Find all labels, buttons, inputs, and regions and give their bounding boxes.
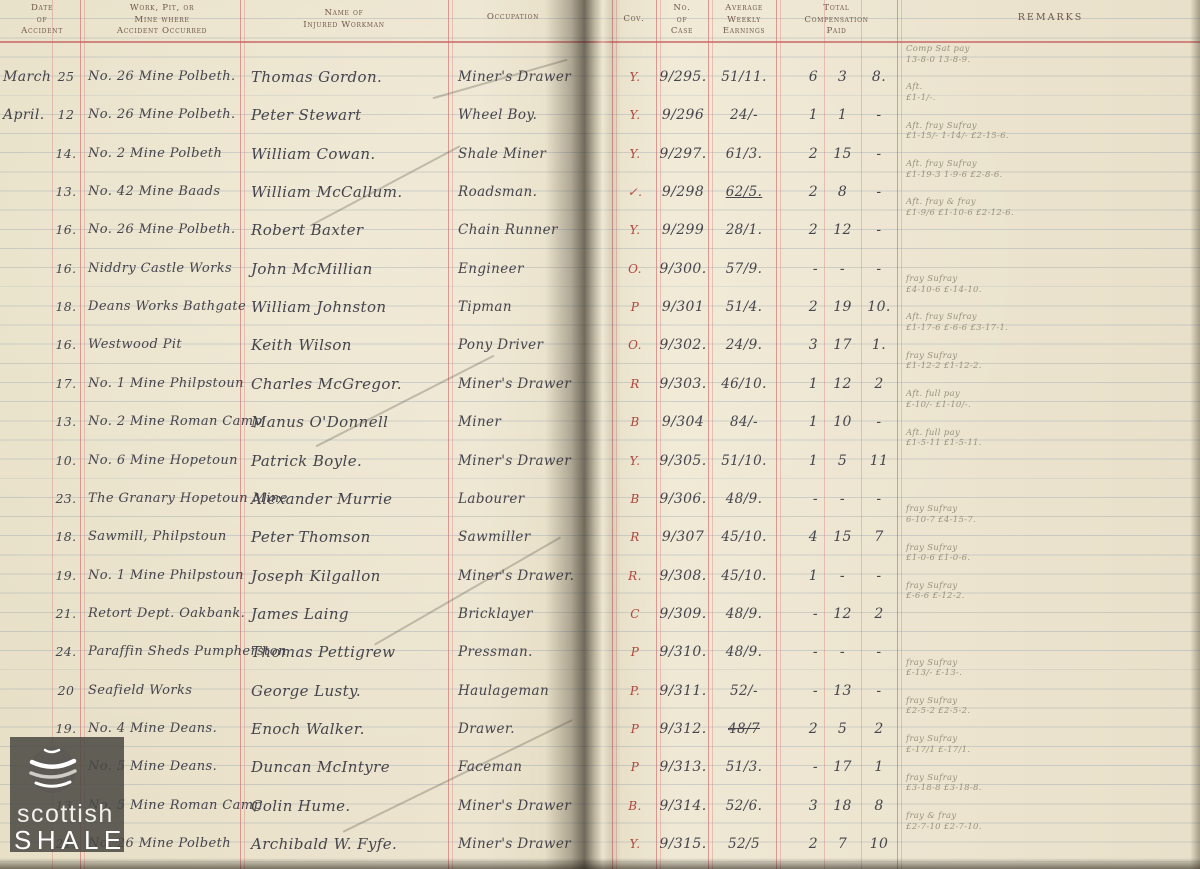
cell-month <box>3 365 49 403</box>
remark-line: fray Sufray <box>906 773 1176 784</box>
cell-compensation-shillings: - <box>824 633 861 671</box>
cell-cov: R. <box>614 557 656 595</box>
remark-line: £2-7-10 £2-7-10. <box>906 822 1176 833</box>
ledger-row: 16.No. 26 Mine Polbeth.Robert BaxterChai… <box>0 211 1200 249</box>
cell-compensation-pounds: 1 <box>780 365 818 403</box>
cell-day: 12 <box>49 96 83 134</box>
col-header-compensation: Total Compensation Paid <box>776 3 897 38</box>
cell-occupation: Engineer <box>458 250 524 288</box>
cell-compensation-shillings: - <box>824 557 861 595</box>
cell-earnings: 51/3. <box>712 748 776 786</box>
cell-workman-name: Patrick Boyle. <box>251 442 362 480</box>
cell-mine: Niddry Castle Works <box>88 250 232 288</box>
cell-compensation-pence: 11 <box>861 442 897 480</box>
cell-workman-name: Joseph Kilgallon <box>251 557 381 595</box>
cell-mine: Retort Dept. Oakbank. <box>88 595 245 633</box>
cell-compensation-pounds: 3 <box>780 787 818 825</box>
cell-compensation-shillings: - <box>824 250 861 288</box>
cell-case-number: 9/305. <box>658 442 708 480</box>
cell-workman-name: John McMillian <box>251 250 373 288</box>
cell-day: 16. <box>49 326 83 364</box>
cell-compensation-pence: 2 <box>861 710 897 748</box>
cell-remark: fray Sufray£4-10-6 £-14-10. <box>906 274 1176 295</box>
cell-earnings: 48/7 <box>712 710 776 748</box>
cell-case-number: 9/312. <box>658 710 708 748</box>
cell-compensation-pounds: 1 <box>780 557 818 595</box>
cell-occupation: Miner's Drawer <box>458 365 571 403</box>
cell-month: April. <box>3 96 49 134</box>
cell-case-number: 9/302. <box>658 326 708 364</box>
cell-compensation-shillings: 7 <box>824 825 861 863</box>
cell-workman-name: Alexander Murrie <box>251 480 392 518</box>
cell-case-number: 9/298 <box>658 173 708 211</box>
cell-compensation-pence: 1. <box>861 326 897 364</box>
cell-workman-name: Peter Thomson <box>251 518 371 556</box>
cell-month <box>3 557 49 595</box>
col-header-occupation: Occupation <box>448 12 578 24</box>
cell-remark: Aft. full pay£1-5-11 £1-5-11. <box>906 428 1176 449</box>
cell-mine: No. 26 Mine Polbeth. <box>88 211 236 249</box>
cell-remark: Aft. fray & fray£1-9/6 £1-10-6 £2-12-6. <box>906 197 1176 218</box>
rule-header-horizontal <box>0 41 1200 43</box>
cell-compensation-pounds: 6 <box>780 58 818 96</box>
cell-workman-name: Colin Hume. <box>251 787 351 825</box>
cell-occupation: Pony Driver <box>458 326 543 364</box>
cell-workman-name: George Lusty. <box>251 672 361 710</box>
cell-earnings: 51/11. <box>712 58 776 96</box>
cell-remark: fray Sufray£-17/1 £-17/1. <box>906 734 1176 755</box>
remark-line: £-10/- £1-10/-. <box>906 400 1176 411</box>
cell-day: 25 <box>49 58 83 96</box>
remark-line: Comp Sat pay <box>906 44 1176 55</box>
remark-line: fray Sufray <box>906 696 1176 707</box>
cell-workman-name: Robert Baxter <box>251 211 363 249</box>
remark-line: £1-12-2 £1-12-2. <box>906 361 1176 372</box>
cell-compensation-shillings: 10 <box>824 403 861 441</box>
remark-line: £1-9/6 £1-10-6 £2-12-6. <box>906 208 1176 219</box>
cell-earnings: 52/5 <box>712 825 776 863</box>
cell-occupation: Labourer <box>458 480 525 518</box>
cell-cov: O. <box>614 326 656 364</box>
cell-compensation-shillings: 18 <box>824 787 861 825</box>
cell-compensation-pence: 8 <box>861 787 897 825</box>
cell-cov: ✓. <box>614 173 656 211</box>
cell-compensation-pence: 7 <box>861 518 897 556</box>
remark-line: Aft. fray Sufray <box>906 159 1176 170</box>
remark-line: 6-10-7 £4-15-7. <box>906 515 1176 526</box>
cell-month: March <box>3 58 49 96</box>
cell-cov: P <box>614 633 656 671</box>
cell-mine: No. 6 Mine Hopetoun <box>88 442 238 480</box>
remark-line: fray Sufray <box>906 734 1176 745</box>
cell-cov: Y. <box>614 825 656 863</box>
cell-compensation-pounds: 2 <box>780 211 818 249</box>
cell-workman-name: Thomas Gordon. <box>251 58 382 96</box>
cell-case-number: 9/309. <box>658 595 708 633</box>
cell-day: 16. <box>49 250 83 288</box>
remark-line: fray Sufray <box>906 351 1176 362</box>
remark-line: £1-1/-. <box>906 93 1176 104</box>
cell-occupation: Shale Miner <box>458 135 546 173</box>
cell-compensation-pounds: - <box>780 748 818 786</box>
cell-day: 19. <box>49 557 83 595</box>
cell-occupation: Sawmiller <box>458 518 531 556</box>
cell-compensation-pence: 8. <box>861 58 897 96</box>
cell-workman-name: James Laing <box>251 595 349 633</box>
cell-cov: B. <box>614 787 656 825</box>
cell-compensation-pence: - <box>861 403 897 441</box>
cell-earnings: 62/5. <box>712 173 776 211</box>
cell-earnings: 48/9. <box>712 633 776 671</box>
cell-day: 23. <box>49 480 83 518</box>
cell-case-number: 9/307 <box>658 518 708 556</box>
cell-compensation-pounds: 1 <box>780 96 818 134</box>
cell-occupation: Tipman <box>458 288 512 326</box>
cell-mine: No. 1 Mine Philpstoun <box>88 557 244 595</box>
remark-line: £-13/- £-13-. <box>906 668 1176 679</box>
cell-earnings: 46/10. <box>712 365 776 403</box>
cell-earnings: 52/- <box>712 672 776 710</box>
remark-line: £1-17-6 £-6-6 £3-17-1. <box>906 323 1176 334</box>
cell-case-number: 9/303. <box>658 365 708 403</box>
cell-remark: Aft. fray Sufray£1-17-6 £-6-6 £3-17-1. <box>906 312 1176 333</box>
scottish-shale-watermark: scottish SHALE <box>10 737 124 852</box>
cell-remark: Aft. fray Sufray£1-15/- 1-14/- £2-15-6. <box>906 121 1176 142</box>
cell-mine: Westwood Pit <box>88 326 182 364</box>
ledger-row: 21.Retort Dept. Oakbank.James LaingBrick… <box>0 595 1200 633</box>
cell-occupation: Drawer. <box>458 710 515 748</box>
cell-compensation-shillings: 13 <box>824 672 861 710</box>
cell-month <box>3 173 49 211</box>
cell-compensation-shillings: - <box>824 480 861 518</box>
ledger-page-scan: Date of Accident Work, Pit, or Mine wher… <box>0 0 1200 869</box>
cell-cov: B <box>614 480 656 518</box>
cell-month <box>3 326 49 364</box>
cell-month <box>3 135 49 173</box>
cell-remark: Comp Sat pay13-8-0 13-8-9. <box>906 44 1176 65</box>
remark-line: fray Sufray <box>906 581 1176 592</box>
cell-month <box>3 595 49 633</box>
cell-case-number: 9/315. <box>658 825 708 863</box>
cell-cov: P <box>614 710 656 748</box>
cell-compensation-shillings: 17 <box>824 748 861 786</box>
cell-mine: Sawmill, Philpstoun <box>88 518 227 556</box>
cell-compensation-pounds: 1 <box>780 442 818 480</box>
cell-compensation-pence: 10. <box>861 288 897 326</box>
cell-case-number: 9/310. <box>658 633 708 671</box>
cell-occupation: Wheel Boy. <box>458 96 537 134</box>
cell-earnings: 61/3. <box>712 135 776 173</box>
cell-cov: Y. <box>614 442 656 480</box>
remark-line: Aft. fray Sufray <box>906 312 1176 323</box>
cell-cov: P <box>614 748 656 786</box>
cell-earnings: 48/9. <box>712 480 776 518</box>
globe-stripes-icon <box>28 745 78 795</box>
cell-case-number: 9/308. <box>658 557 708 595</box>
cell-compensation-pounds: 1 <box>780 403 818 441</box>
cell-compensation-pounds: - <box>780 633 818 671</box>
cell-case-number: 9/301 <box>658 288 708 326</box>
cell-cov: R <box>614 518 656 556</box>
cell-day: 24. <box>49 633 83 671</box>
cell-mine: No. 42 Mine Baads <box>88 173 220 211</box>
cell-compensation-shillings: 8 <box>824 173 861 211</box>
cell-compensation-shillings: 5 <box>824 442 861 480</box>
cell-case-number: 9/295. <box>658 58 708 96</box>
cell-day: 18. <box>49 288 83 326</box>
remark-line: £-6-6 £-12-2. <box>906 591 1176 602</box>
cell-workman-name: William Johnston <box>251 288 386 326</box>
cell-compensation-pence: - <box>861 557 897 595</box>
cell-earnings: 28/1. <box>712 211 776 249</box>
cell-cov: Y. <box>614 135 656 173</box>
cell-month <box>3 672 49 710</box>
cell-case-number: 9/299 <box>658 211 708 249</box>
cell-month <box>3 480 49 518</box>
cell-workman-name: Manus O'Donnell <box>251 403 388 441</box>
cell-compensation-pounds: - <box>780 595 818 633</box>
cell-compensation-pence: 2 <box>861 595 897 633</box>
remark-line: Aft. <box>906 82 1176 93</box>
col-header-name: Name of Injured Workman <box>240 8 448 31</box>
cell-earnings: 24/9. <box>712 326 776 364</box>
cell-compensation-shillings: 1 <box>824 96 861 134</box>
col-header-mine: Work, Pit, or Mine where Accident Occurr… <box>84 3 240 38</box>
cell-compensation-pence: 10 <box>861 825 897 863</box>
cell-compensation-shillings: 5 <box>824 710 861 748</box>
remark-line: fray & fray <box>906 811 1176 822</box>
cell-remark: fray Sufray£1-12-2 £1-12-2. <box>906 351 1176 372</box>
cell-remark: fray Sufray£-13/- £-13-. <box>906 658 1176 679</box>
cell-cov: P. <box>614 672 656 710</box>
cell-mine: No. 2 Mine Roman Camp <box>88 403 262 441</box>
ledger-row: 10.No. 6 Mine HopetounPatrick Boyle.Mine… <box>0 442 1200 480</box>
cell-earnings: 45/10. <box>712 557 776 595</box>
cell-workman-name: Charles McGregor. <box>251 365 402 403</box>
remark-line: £1-19-3 1-9-6 £2-8-6. <box>906 170 1176 181</box>
cell-compensation-pounds: - <box>780 250 818 288</box>
cell-earnings: 24/- <box>712 96 776 134</box>
cell-compensation-shillings: 3 <box>824 58 861 96</box>
col-header-case: No. of Case <box>656 3 708 38</box>
cell-cov: Y. <box>614 96 656 134</box>
cell-compensation-pence: - <box>861 633 897 671</box>
remark-line: £3-18-8 £3-18-8. <box>906 783 1176 794</box>
cell-cov: O. <box>614 250 656 288</box>
cell-remark: Aft. fray Sufray£1-19-3 1-9-6 £2-8-6. <box>906 159 1176 180</box>
cell-remark: fray & fray£2-7-10 £2-7-10. <box>906 811 1176 832</box>
cell-compensation-pence: - <box>861 96 897 134</box>
remark-line: Aft. full pay <box>906 389 1176 400</box>
cell-remark: Aft. full pay£-10/- £1-10/-. <box>906 389 1176 410</box>
cell-mine: No. 2 Mine Polbeth <box>88 135 222 173</box>
cell-compensation-pounds: - <box>780 480 818 518</box>
cell-compensation-pence: - <box>861 211 897 249</box>
cell-day: 21. <box>49 595 83 633</box>
cell-workman-name: Duncan McIntyre <box>251 748 390 786</box>
cell-workman-name: William Cowan. <box>251 135 376 173</box>
cell-cov: R <box>614 365 656 403</box>
cell-compensation-shillings: 12 <box>824 595 861 633</box>
cell-occupation: Chain Runner <box>458 211 558 249</box>
logo-text-shale: SHALE <box>14 825 127 856</box>
cell-case-number: 9/314. <box>658 787 708 825</box>
cell-compensation-pence: - <box>861 135 897 173</box>
cell-month <box>3 518 49 556</box>
cell-mine: No. 26 Mine Polbeth. <box>88 96 236 134</box>
cell-day: 13. <box>49 403 83 441</box>
cell-month <box>3 633 49 671</box>
cell-case-number: 9/313. <box>658 748 708 786</box>
cell-compensation-pounds: 2 <box>780 710 818 748</box>
cell-case-number: 9/297. <box>658 135 708 173</box>
remark-line: £1-5-11 £1-5-11. <box>906 438 1176 449</box>
cell-occupation: Miner <box>458 403 501 441</box>
cell-earnings: 51/10. <box>712 442 776 480</box>
cell-case-number: 9/300. <box>658 250 708 288</box>
cell-case-number: 9/311. <box>658 672 708 710</box>
cell-remark: fray Sufray6-10-7 £4-15-7. <box>906 504 1176 525</box>
cell-earnings: 52/6. <box>712 787 776 825</box>
cell-workman-name: William McCallum. <box>251 173 403 211</box>
cell-remark: fray Sufray£2-5-2 £2-5-2. <box>906 696 1176 717</box>
cell-month <box>3 403 49 441</box>
cell-compensation-pence: - <box>861 480 897 518</box>
cell-cov: P <box>614 288 656 326</box>
remark-line: Aft. full pay <box>906 428 1176 439</box>
cell-compensation-pounds: 4 <box>780 518 818 556</box>
cell-compensation-pence: - <box>861 672 897 710</box>
cell-month <box>3 250 49 288</box>
ledger-row: 21.No. 26 Mine PolbethArchibald W. Fyfe.… <box>0 825 1200 863</box>
cell-case-number: 9/296 <box>658 96 708 134</box>
cell-mine: No. 1 Mine Philpstoun <box>88 365 244 403</box>
cell-occupation: Miner's Drawer <box>458 787 571 825</box>
col-header-earnings: Average Weekly Earnings <box>712 3 776 38</box>
cell-remark: fray Sufray£-6-6 £-12-2. <box>906 581 1176 602</box>
remark-line: £-17/1 £-17/1. <box>906 745 1176 756</box>
cell-case-number: 9/304 <box>658 403 708 441</box>
cell-compensation-pounds: 2 <box>780 288 818 326</box>
cell-cov: Y. <box>614 58 656 96</box>
cell-mine: Seafield Works <box>88 672 192 710</box>
cell-earnings: 48/9. <box>712 595 776 633</box>
remark-line: 13-8-0 13-8-9. <box>906 55 1176 66</box>
cell-cov: C <box>614 595 656 633</box>
cell-earnings: 57/9. <box>712 250 776 288</box>
col-header-date: Date of Accident <box>0 3 84 38</box>
col-header-remarks: REMARKS <box>901 12 1200 25</box>
cell-occupation: Miner's Drawer <box>458 825 571 863</box>
cell-compensation-pence: 1 <box>861 748 897 786</box>
remark-line: fray Sufray <box>906 658 1176 669</box>
cell-day: 18. <box>49 518 83 556</box>
cell-compensation-pounds: 2 <box>780 825 818 863</box>
cell-remark: fray Sufray£1-0-6 £1-0-6. <box>906 543 1176 564</box>
cell-day: 17. <box>49 365 83 403</box>
cell-occupation: Faceman <box>458 748 522 786</box>
cell-compensation-shillings: 15 <box>824 135 861 173</box>
cell-compensation-shillings: 17 <box>824 326 861 364</box>
cell-compensation-pounds: 2 <box>780 135 818 173</box>
cell-compensation-shillings: 19 <box>824 288 861 326</box>
remark-line: Aft. fray Sufray <box>906 121 1176 132</box>
cell-mine: No. 26 Mine Polbeth. <box>88 58 236 96</box>
cell-case-number: 9/306. <box>658 480 708 518</box>
cell-earnings: 45/10. <box>712 518 776 556</box>
cell-mine: Deans Works Bathgate <box>88 288 246 326</box>
cell-day: 13. <box>49 173 83 211</box>
cell-remark: fray Sufray£3-18-8 £3-18-8. <box>906 773 1176 794</box>
cell-occupation: Haulageman <box>458 672 549 710</box>
remark-line: fray Sufray <box>906 274 1176 285</box>
cell-month <box>3 288 49 326</box>
remark-line: £1-0-6 £1-0-6. <box>906 553 1176 564</box>
col-header-cov: Cov. <box>612 14 656 26</box>
cell-compensation-pence: 2 <box>861 365 897 403</box>
cell-remark: Aft.£1-1/-. <box>906 82 1176 103</box>
cell-earnings: 84/- <box>712 403 776 441</box>
cell-earnings: 51/4. <box>712 288 776 326</box>
cell-compensation-shillings: 15 <box>824 518 861 556</box>
cell-compensation-shillings: 12 <box>824 211 861 249</box>
cell-occupation: Pressman. <box>458 633 533 671</box>
cell-day: 14. <box>49 135 83 173</box>
cell-occupation: Bricklayer <box>458 595 533 633</box>
cell-compensation-pence: - <box>861 173 897 211</box>
cell-month <box>3 442 49 480</box>
cell-day: 20 <box>49 672 83 710</box>
cell-workman-name: Peter Stewart <box>251 96 362 134</box>
cell-compensation-pounds: - <box>780 672 818 710</box>
cell-workman-name: Enoch Walker. <box>251 710 365 748</box>
remark-line: Aft. fray & fray <box>906 197 1176 208</box>
remark-line: £2-5-2 £2-5-2. <box>906 706 1176 717</box>
cell-compensation-shillings: 12 <box>824 365 861 403</box>
remark-line: £1-15/- 1-14/- £2-15-6. <box>906 131 1176 142</box>
cell-compensation-pounds: 3 <box>780 326 818 364</box>
cell-workman-name: Thomas Pettigrew <box>251 633 395 671</box>
cell-workman-name: Keith Wilson <box>251 326 352 364</box>
cell-occupation: Roadsman. <box>458 173 537 211</box>
remark-line: £4-10-6 £-14-10. <box>906 285 1176 296</box>
cell-occupation: Miner's Drawer <box>458 442 571 480</box>
cell-cov: Y. <box>614 211 656 249</box>
cell-cov: B <box>614 403 656 441</box>
cell-day: 10. <box>49 442 83 480</box>
cell-compensation-pounds: 2 <box>780 173 818 211</box>
cell-month <box>3 211 49 249</box>
cell-day: 16. <box>49 211 83 249</box>
remark-line: fray Sufray <box>906 543 1176 554</box>
remark-line: fray Sufray <box>906 504 1176 515</box>
cell-compensation-pence: - <box>861 250 897 288</box>
cell-workman-name: Archibald W. Fyfe. <box>251 825 397 863</box>
